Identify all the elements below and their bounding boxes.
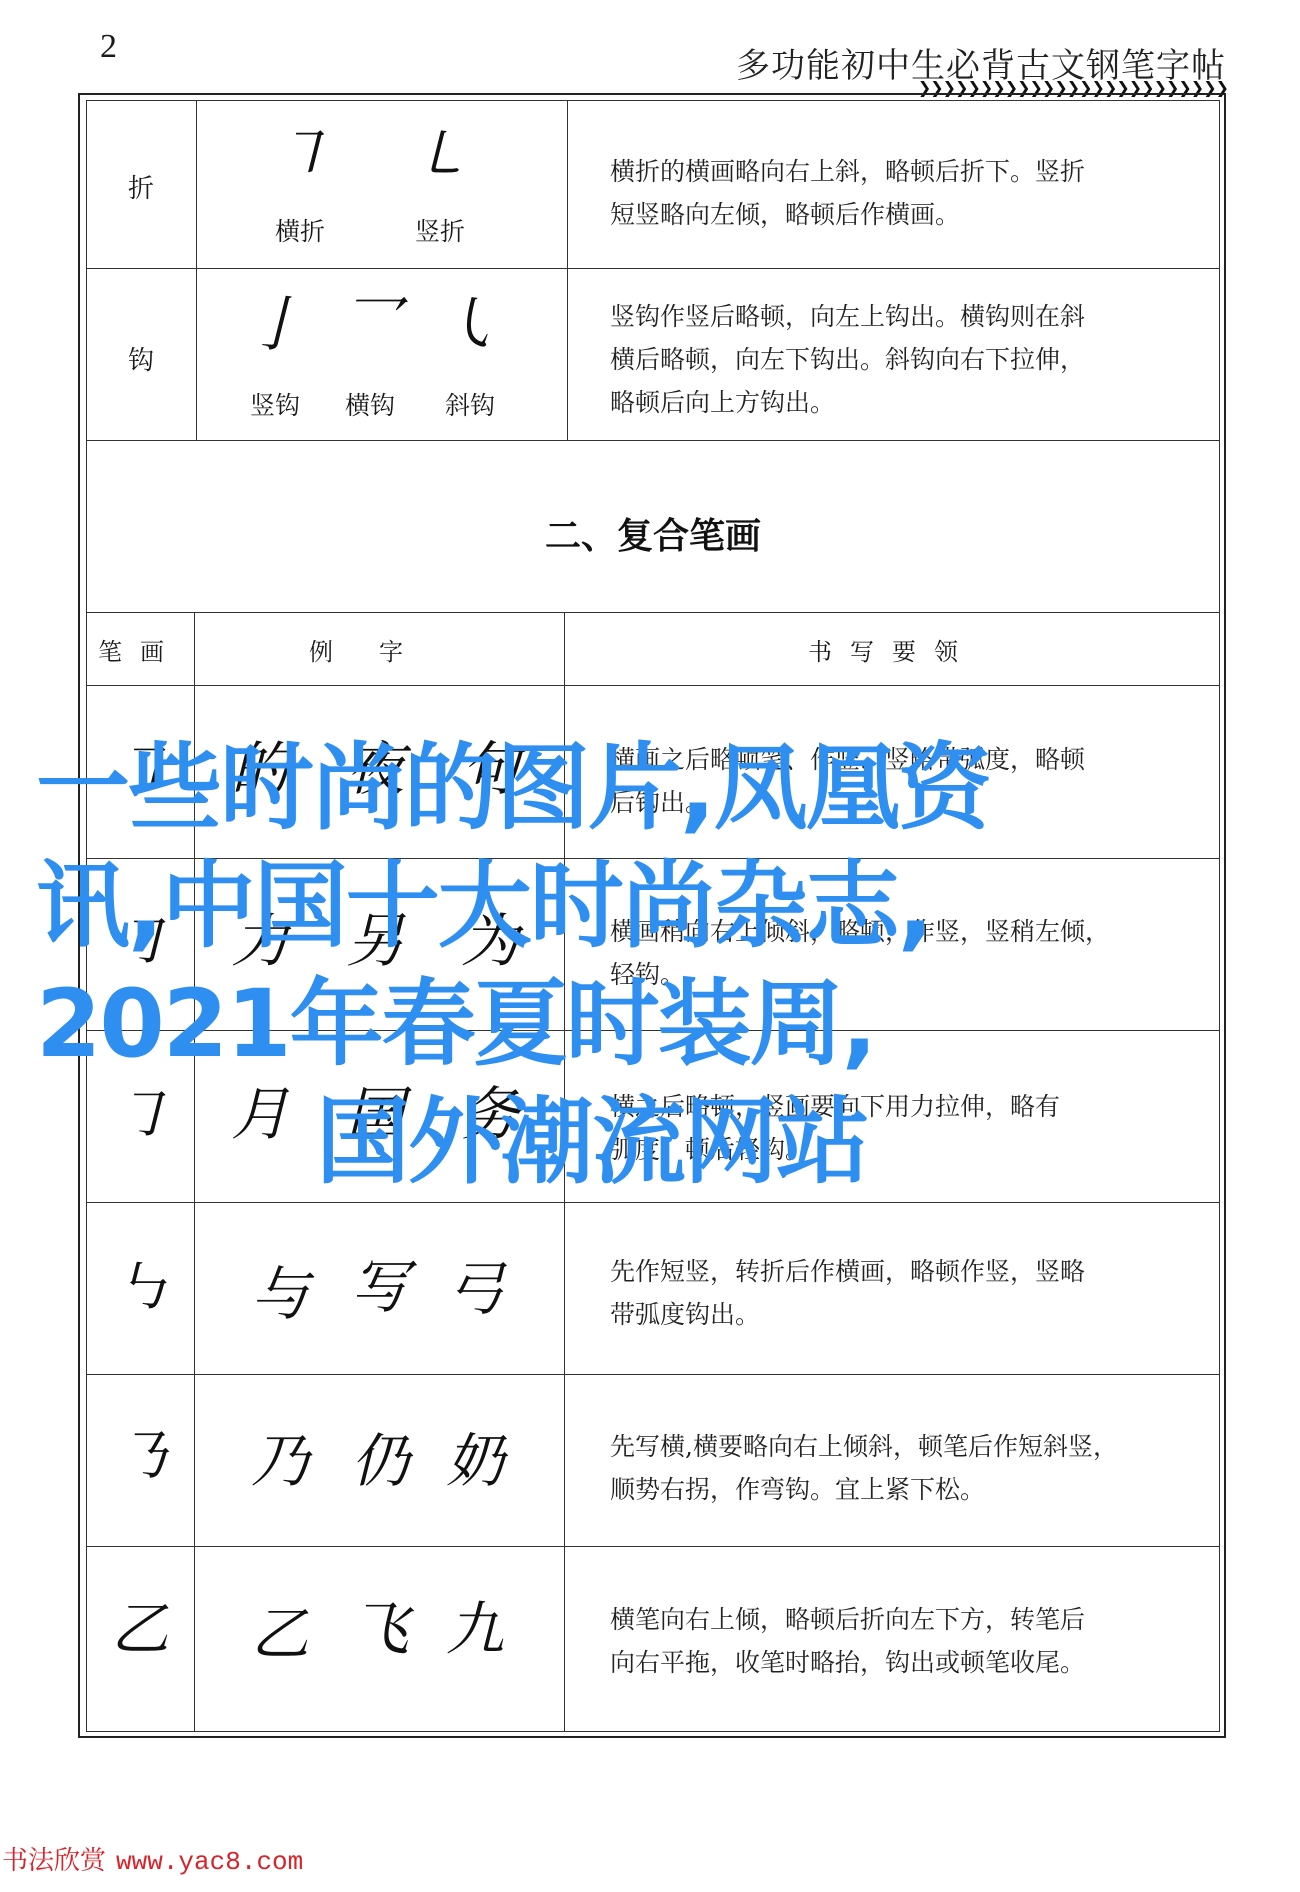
- stroke-name: 斜钩: [430, 386, 510, 422]
- description-line: 带弧度钩出。: [610, 1293, 1190, 1336]
- stroke-description: 横笔向右上倾，略顿后折向左下方，转笔后 向右平拖，收笔时略抬，钩出或顿笔收尾。: [610, 1598, 1190, 1684]
- description-line: 顺势右拐，作弯钩。宜上紧下松。: [610, 1468, 1190, 1511]
- example-char: 飞: [335, 1600, 425, 1658]
- compound-stroke-glyph: 乙: [86, 1600, 194, 1658]
- stroke-name: 竖钩: [235, 386, 315, 422]
- example-char: 与: [235, 1265, 325, 1323]
- description-line: 先作短竖，转折后作横画，略顿作竖，竖略: [610, 1250, 1190, 1293]
- description-line: 向右平拖，收笔时略抬，钩出或顿笔收尾。: [610, 1641, 1190, 1684]
- row-divider: [86, 1374, 1220, 1375]
- stroke-glyph: ㇂: [430, 295, 510, 355]
- description-line: 略顿后向上方钩出。: [610, 381, 1190, 424]
- row-divider: [86, 612, 1220, 613]
- stroke-name: 竖折: [395, 212, 485, 248]
- stroke-description: 先写横,横要略向右上倾斜，顿笔后作短斜竖， 顺势右拐，作弯钩。宜上紧下松。: [610, 1425, 1190, 1511]
- column-header-examples: 例字: [194, 632, 564, 667]
- description-line: 先写横,横要略向右上倾斜，顿笔后作短斜竖，: [610, 1425, 1190, 1468]
- compound-stroke-glyph: ㇡: [86, 1428, 194, 1486]
- overlay-line: 一些时尚的图片,凤凰资: [36, 730, 1276, 848]
- row-divider: [86, 685, 1220, 686]
- column-header-guide: 书写要领: [564, 632, 1220, 667]
- column-divider: [567, 100, 568, 440]
- overlay-line: 讯,中国十大时尚杂志,: [36, 848, 1276, 966]
- description-line: 竖钩作竖后略顿，向左上钩出。横钩则在斜: [610, 295, 1190, 338]
- compound-stroke-glyph: ㇉: [86, 1258, 194, 1316]
- stroke-name: 横折: [255, 212, 345, 248]
- example-char: 乙: [235, 1605, 325, 1663]
- section-title: 二、复合笔画: [86, 508, 1220, 559]
- example-char: 弓: [430, 1260, 520, 1318]
- stroke-glyph: ㇄: [395, 125, 485, 185]
- example-char: 写: [335, 1258, 425, 1316]
- watermark-label: 书法欣赏: [2, 1846, 106, 1876]
- example-char: 乃: [235, 1432, 325, 1490]
- stroke-glyph: 乛: [330, 295, 410, 355]
- column-header-stroke: 笔画: [86, 632, 194, 667]
- stroke-label: 钩: [86, 340, 196, 377]
- overlay-line: 2021年春夏时装周,: [36, 966, 1276, 1084]
- stroke-description: 竖钩作竖后略顿，向左上钩出。横钩则在斜 横后略顿，向左下钩出。斜钩向右下拉伸， …: [610, 295, 1190, 424]
- stroke-description: 横折的横画略向右上斜，略顿后折下。竖折 短竖略向左倾，略顿后作横画。: [610, 150, 1190, 236]
- stroke-name: 横钩: [330, 386, 410, 422]
- example-char: 奶: [430, 1432, 520, 1490]
- description-line: 横折的横画略向右上斜，略顿后折下。竖折: [610, 150, 1190, 193]
- overlay-line: 国外潮流网站: [36, 1084, 1276, 1202]
- example-char: 仍: [335, 1432, 425, 1490]
- row-divider: [86, 268, 1220, 269]
- column-divider: [196, 100, 197, 440]
- example-char: 九: [430, 1600, 520, 1658]
- stroke-glyph: 亅: [235, 295, 315, 355]
- watermark-url[interactable]: www.yac8.com: [116, 1847, 303, 1877]
- stroke-description: 先作短竖，转折后作横画，略顿作竖，竖略 带弧度钩出。: [610, 1250, 1190, 1336]
- row-divider: [86, 440, 1220, 441]
- row-divider: [86, 1202, 1220, 1203]
- stroke-label: 折: [86, 168, 196, 205]
- row-divider: [86, 1546, 1220, 1547]
- description-line: 横笔向右上倾，略顿后折向左下方，转笔后: [610, 1598, 1190, 1641]
- description-line: 短竖略向左倾，略顿后作横画。: [610, 193, 1190, 236]
- description-line: 横后略顿，向左下钩出。斜钩向右下拉伸，: [610, 338, 1190, 381]
- overlay-caption: 一些时尚的图片,凤凰资 讯,中国十大时尚杂志, 2021年春夏时装周, 国外潮流…: [36, 730, 1276, 1202]
- site-watermark: 书法欣赏www.yac8.com: [2, 1840, 303, 1877]
- stroke-glyph: ㇕: [255, 125, 345, 185]
- page-number: 2: [100, 28, 117, 66]
